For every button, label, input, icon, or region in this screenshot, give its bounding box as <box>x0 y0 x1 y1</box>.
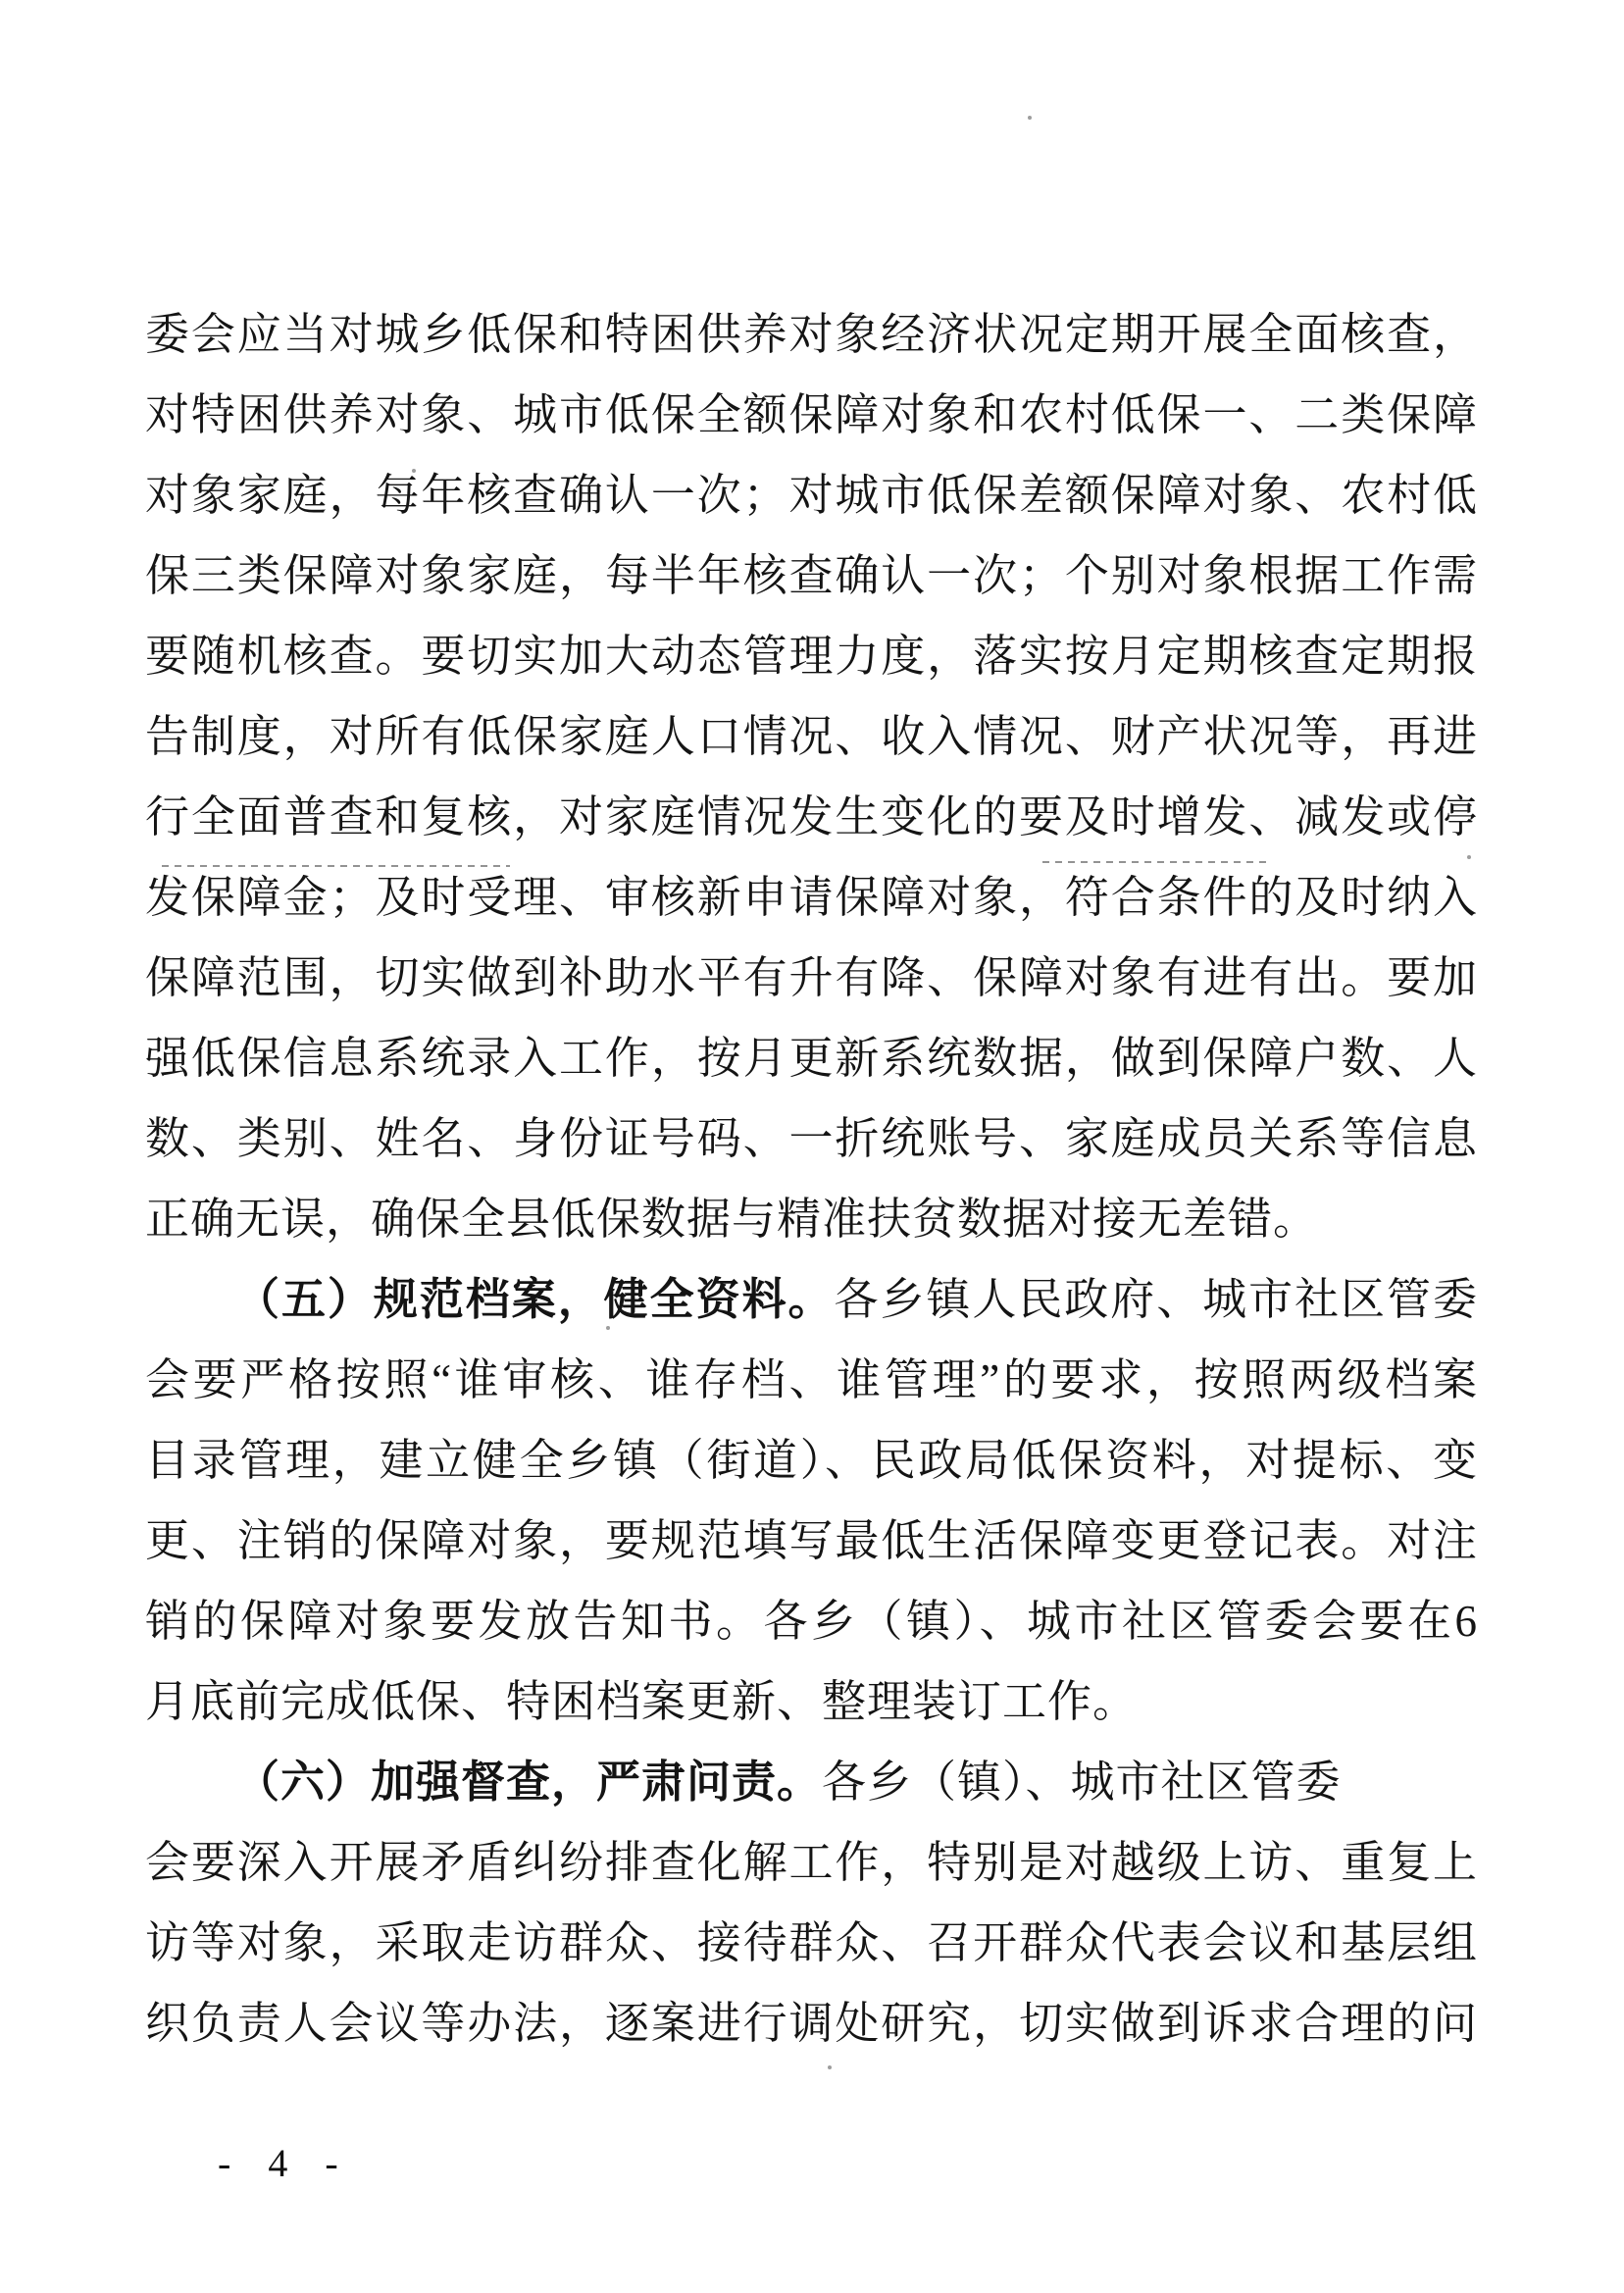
text-segment: 更、注销的保障对象，要规范填写最低生活保障变更登记表。对注 <box>145 1516 1477 1565</box>
text-segment: 各乡（镇）、城市社区管委 <box>822 1758 1342 1807</box>
text-segment: 发保障金；及时受理、审核新申请保障对象，符合条件的及时纳入 <box>145 873 1477 922</box>
text-segment: 会要严格按照“谁审核、谁存档、谁管理”的要求，按照两级档案 <box>145 1355 1477 1404</box>
text-line: 强低保信息系统录入工作，按月更新系统数据，做到保障户数、人 <box>145 1018 1477 1098</box>
text-segment: 销的保障对象要发放告知书。各乡（镇）、城市社区管委会要在6 <box>145 1597 1477 1646</box>
text-line: 要随机核查。要切实加大动态管理力度，落实按月定期核查定期报 <box>145 616 1477 696</box>
text-line: 目录管理，建立健全乡镇（街道）、民政局低保资料，对提标、变 <box>145 1420 1477 1501</box>
text-segment: 告制度，对所有低保家庭人口情况、收入情况、财产状况等，再进 <box>145 712 1477 761</box>
text-line: 委会应当对城乡低保和特困供养对象经济状况定期开展全面核查， <box>145 294 1477 375</box>
text-line: 正确无误，确保全县低保数据与精准扶贫数据对接无差错。 <box>145 1179 1477 1259</box>
text-segment: 对特困供养对象、城市低保全额保障对象和农村低保一、二类保障 <box>145 390 1477 439</box>
text-segment: 正确无误，确保全县低保数据与精准扶贫数据对接无差错。 <box>145 1195 1318 1244</box>
text-line: 织负责人会议等办法，逐案进行调处研究，切实做到诉求合理的问 <box>145 1983 1477 2064</box>
text-line: 保三类保障对象家庭，每半年核查确认一次；个别对象根据工作需 <box>145 535 1477 616</box>
text-segment: 保障范围，切实做到补助水平有升有降、保障对象有进有出。要加 <box>145 953 1477 1002</box>
page-number: - 4 - <box>218 2140 352 2186</box>
text-segment: 各乡镇人民政府、城市社区管委 <box>835 1275 1478 1324</box>
text-line: 告制度，对所有低保家庭人口情况、收入情况、财产状况等，再进 <box>145 696 1477 777</box>
text-segment: 访等对象，采取走访群众、接待群众、召开群众代表会议和基层组 <box>145 1918 1477 1967</box>
text-segment: 行全面普查和复核，对家庭情况发生变化的要及时增发、减发或停 <box>145 792 1477 841</box>
text-line: 保障范围，切实做到补助水平有升有降、保障对象有进有出。要加 <box>145 938 1477 1018</box>
text-segment: 保三类保障对象家庭，每半年核查确认一次；个别对象根据工作需 <box>145 551 1477 600</box>
text-line: 更、注销的保障对象，要规范填写最低生活保障变更登记表。对注 <box>145 1501 1477 1581</box>
text-segment: 委会应当对城乡低保和特困供养对象经济状况定期开展全面核查， <box>145 310 1477 359</box>
scan-speck <box>412 469 416 473</box>
text-segment: 要随机核查。要切实加大动态管理力度，落实按月定期核查定期报 <box>145 632 1477 681</box>
text-line: 行全面普查和复核，对家庭情况发生变化的要及时增发、减发或停 <box>145 777 1477 857</box>
text-segment: 数、类别、姓名、身份证号码、一折统账号、家庭成员关系等信息 <box>145 1114 1477 1163</box>
text-segment: 会要深入开展矛盾纠纷排查化解工作，特别是对越级上访、重复上 <box>145 1838 1477 1887</box>
scan-speck <box>1028 116 1032 120</box>
text-line: 发保障金；及时受理、审核新申请保障对象，符合条件的及时纳入 <box>145 857 1477 938</box>
scan-artifact <box>1042 861 1270 863</box>
text-line: 月底前完成低保、特困档案更新、整理装订工作。 <box>145 1661 1477 1742</box>
text-segment: 月底前完成低保、特困档案更新、整理装订工作。 <box>145 1677 1138 1726</box>
text-line: （五）规范档案，健全资料。各乡镇人民政府、城市社区管委 <box>145 1259 1477 1340</box>
text-line: 数、类别、姓名、身份证号码、一折统账号、家庭成员关系等信息 <box>145 1098 1477 1179</box>
text-line: 销的保障对象要发放告知书。各乡（镇）、城市社区管委会要在6 <box>145 1581 1477 1661</box>
text-segment: 织负责人会议等办法，逐案进行调处研究，切实做到诉求合理的问 <box>145 1999 1477 2048</box>
text-line: 对特困供养对象、城市低保全额保障对象和农村低保一、二类保障 <box>145 375 1477 455</box>
scan-speck <box>828 2065 832 2069</box>
text-line: 访等对象，采取走访群众、接待群众、召开群众代表会议和基层组 <box>145 1903 1477 1983</box>
text-line: 对象家庭，每年核查确认一次；对城市低保差额保障对象、农村低 <box>145 455 1477 535</box>
document-page: 委会应当对城乡低保和特困供养对象经济状况定期开展全面核查，对特困供养对象、城市低… <box>0 0 1624 2293</box>
text-line: 会要严格按照“谁审核、谁存档、谁管理”的要求，按照两级档案 <box>145 1340 1477 1420</box>
section-heading: （五）规范档案，健全资料。 <box>235 1275 835 1324</box>
text-segment: 强低保信息系统录入工作，按月更新系统数据，做到保障户数、人 <box>145 1034 1477 1083</box>
text-segment: 目录管理，建立健全乡镇（街道）、民政局低保资料，对提标、变 <box>145 1436 1477 1485</box>
section-heading: （六）加强督查，严肃问责。 <box>235 1758 822 1807</box>
text-line: （六）加强督查，严肃问责。各乡（镇）、城市社区管委 <box>145 1742 1477 1822</box>
scan-speck <box>1467 855 1471 859</box>
text-segment: 对象家庭，每年核查确认一次；对城市低保差额保障对象、农村低 <box>145 471 1477 520</box>
text-line: 会要深入开展矛盾纠纷排查化解工作，特别是对越级上访、重复上 <box>145 1822 1477 1903</box>
scan-artifact <box>162 865 510 867</box>
document-body: 委会应当对城乡低保和特困供养对象经济状况定期开展全面核查，对特困供养对象、城市低… <box>145 294 1477 2064</box>
scan-speck <box>606 1326 610 1330</box>
